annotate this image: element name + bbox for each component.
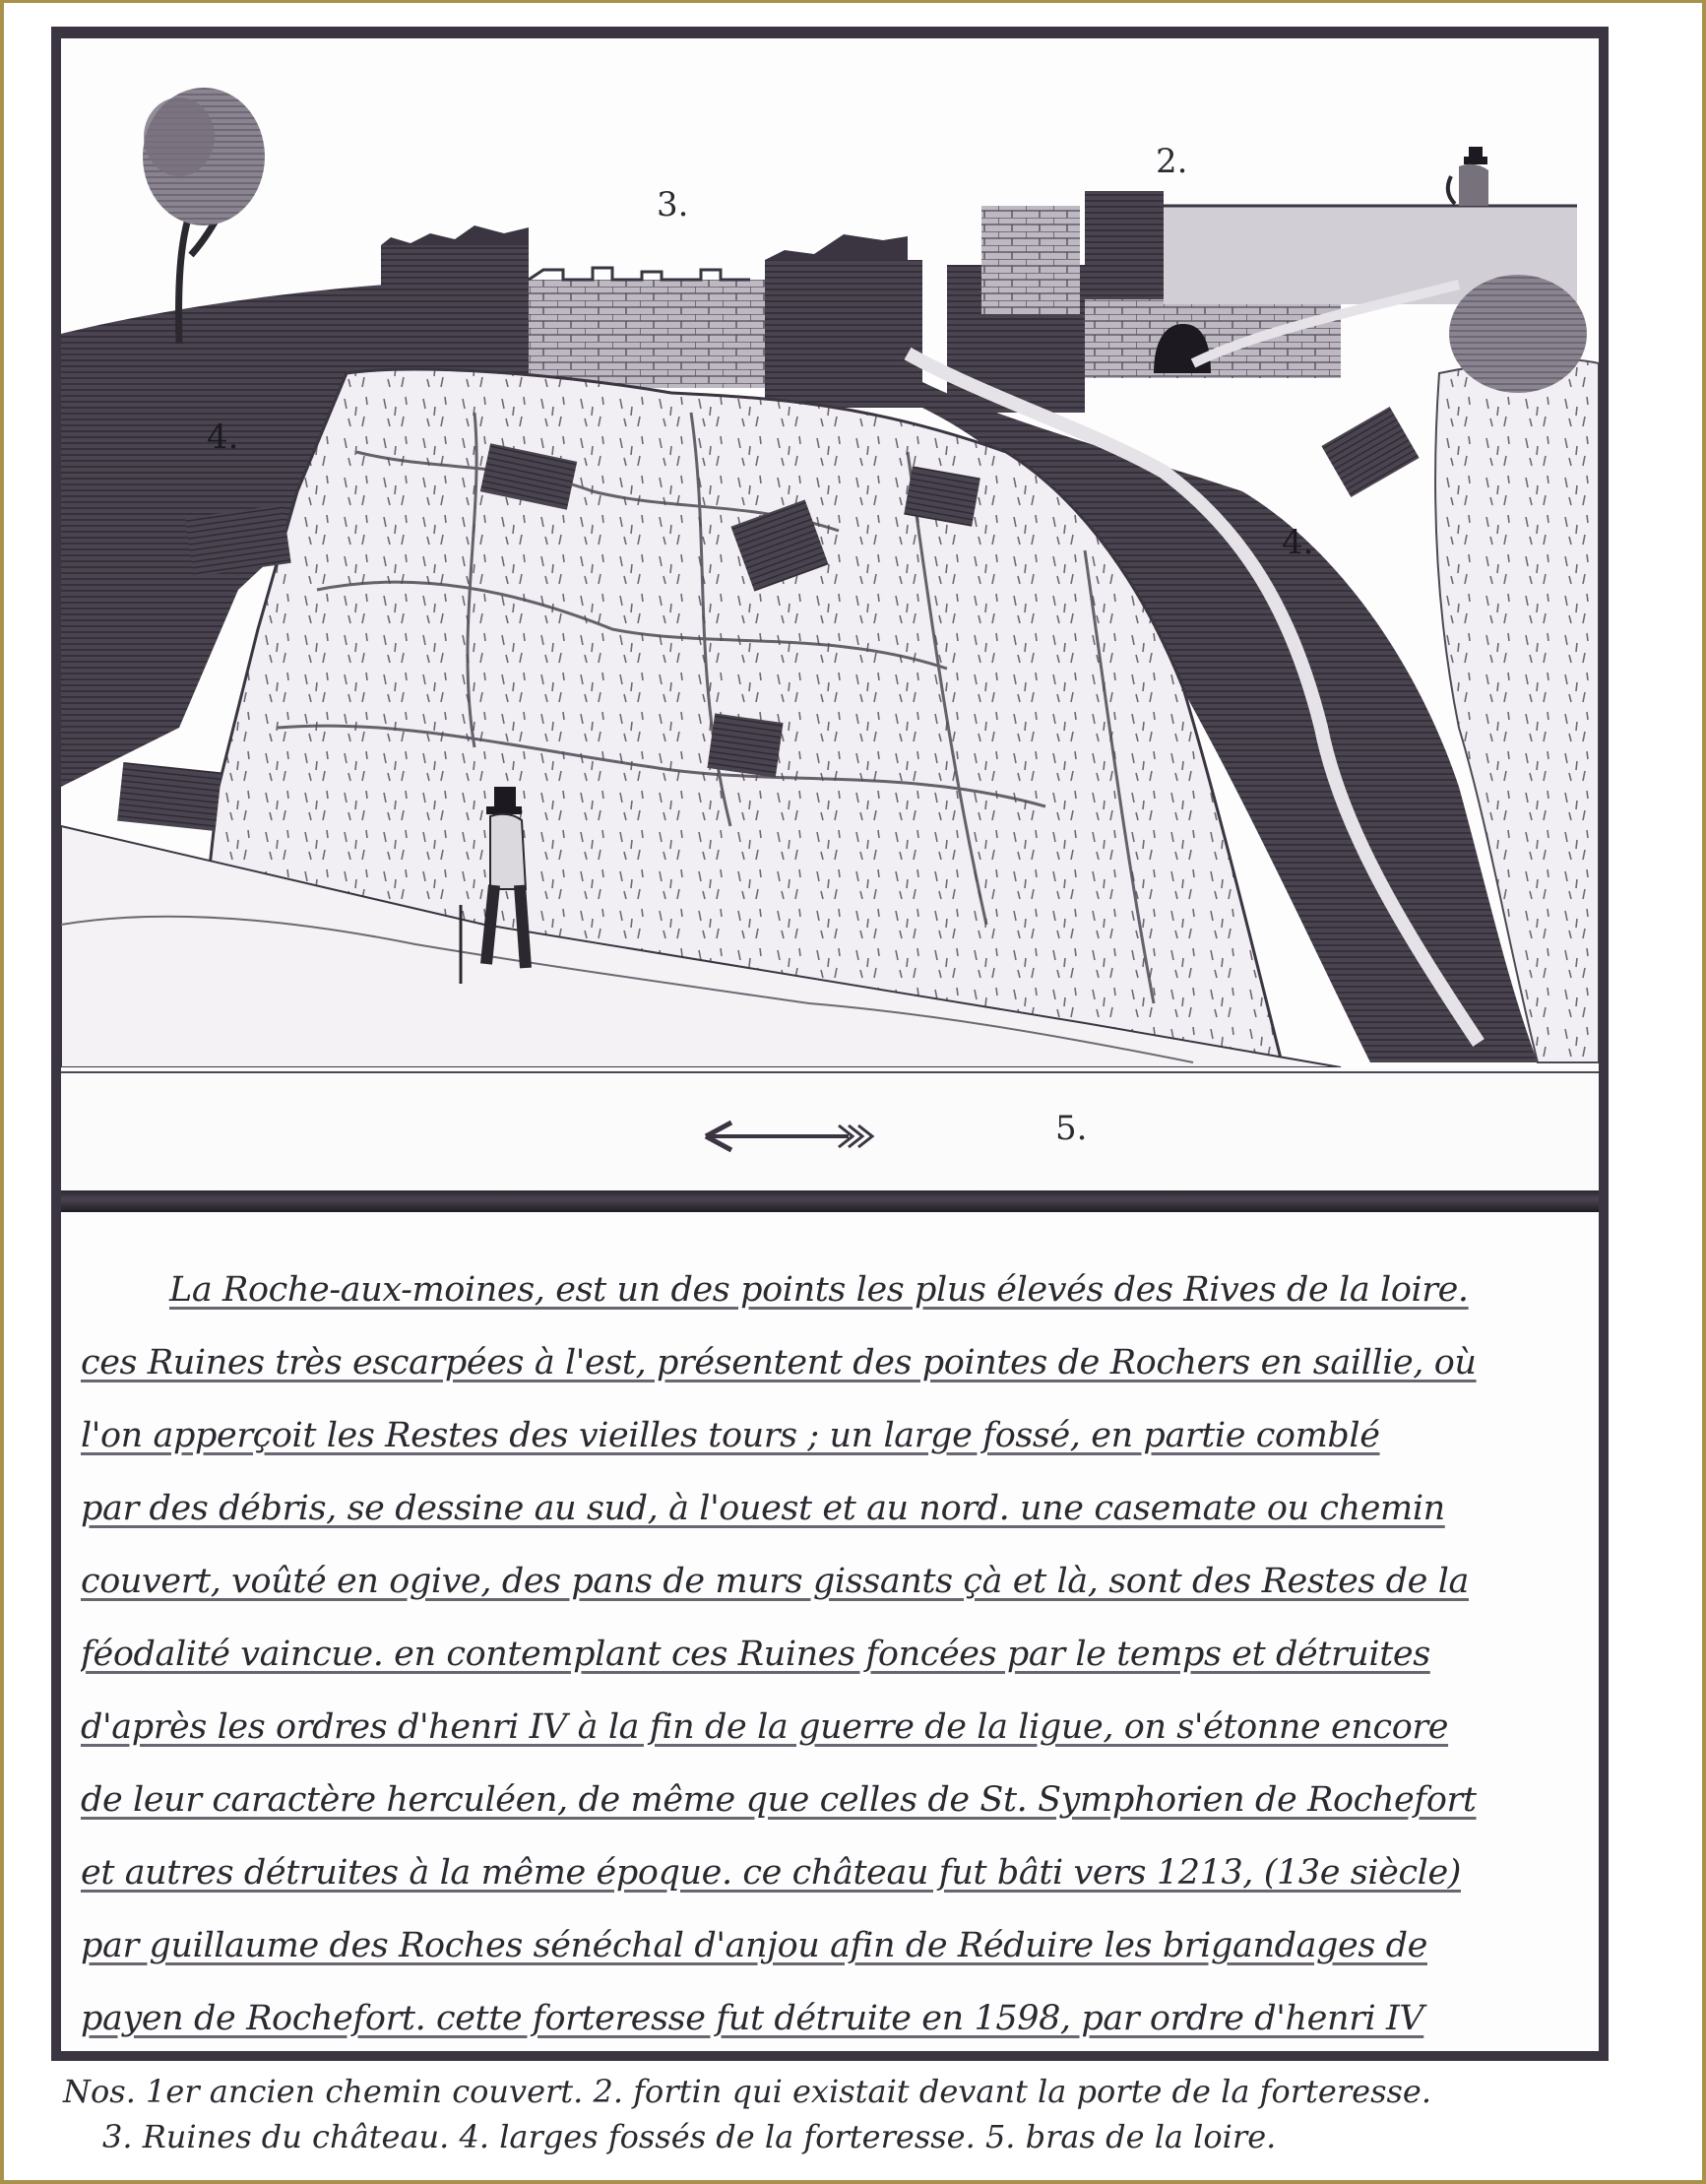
caption-line-9: et autres détruites à la même époque. ce… [81, 1836, 1575, 1909]
legend-line-1: Nos. 1er ancien chemin couvert. 2. forti… [63, 2069, 1658, 2114]
legend-items-1: 1er ancien chemin couvert. 2. fortin qui… [146, 2073, 1431, 2110]
handwritten-caption: La Roche-aux-moines, est un des points l… [61, 1212, 1599, 2051]
caption-line-6: féodalité vaincue. en contemplant ces Ru… [81, 1618, 1575, 1691]
illustration-divider [61, 1190, 1599, 1212]
legend-footer: Nos. 1er ancien chemin couvert. 2. forti… [63, 2069, 1658, 2159]
engraving-illustration: 3. 2. 4. 4. 5. [61, 38, 1599, 1190]
shrub [1449, 275, 1587, 393]
caption-line-3: l'on apperçoit les Restes des vieilles t… [81, 1399, 1575, 1472]
label-5: 5. [1055, 1112, 1087, 1145]
landscape-drawing [61, 38, 1599, 1190]
caption-line-2: ces Ruines très escarpées à l'est, prése… [81, 1326, 1575, 1399]
caption-line-7: d'après les ordres d'henri IV à la fin d… [81, 1691, 1575, 1764]
river-loire [61, 1067, 1599, 1190]
caption-line-1: La Roche-aux-moines, est un des points l… [81, 1253, 1575, 1326]
label-4-left: 4. [207, 420, 238, 454]
label-2: 2. [1156, 145, 1187, 178]
caption-line-10: par guillaume des Roches sénéchal d'anjo… [81, 1909, 1575, 1982]
caption-line-8: de leur caractère herculéen, de même que… [81, 1764, 1575, 1836]
label-4-right: 4. [1282, 526, 1313, 559]
legend-prefix: Nos. [63, 2073, 136, 2110]
caption-line-4: par des débris, se dessine au sud, à l'o… [81, 1472, 1575, 1545]
legend-line-2: 3. Ruines du château. 4. larges fossés d… [63, 2114, 1658, 2159]
caption-line-11: payen de Rochefort. cette forteresse fut… [81, 1982, 1575, 2055]
engraving-frame: 3. 2. 4. 4. 5. La Roche-aux-moines, est … [51, 27, 1609, 2061]
label-3: 3. [657, 188, 688, 222]
caption-line-5: couvert, voûté en ogive, des pans de mur… [81, 1545, 1575, 1618]
page: 3. 2. 4. 4. 5. La Roche-aux-moines, est … [0, 0, 1706, 2184]
